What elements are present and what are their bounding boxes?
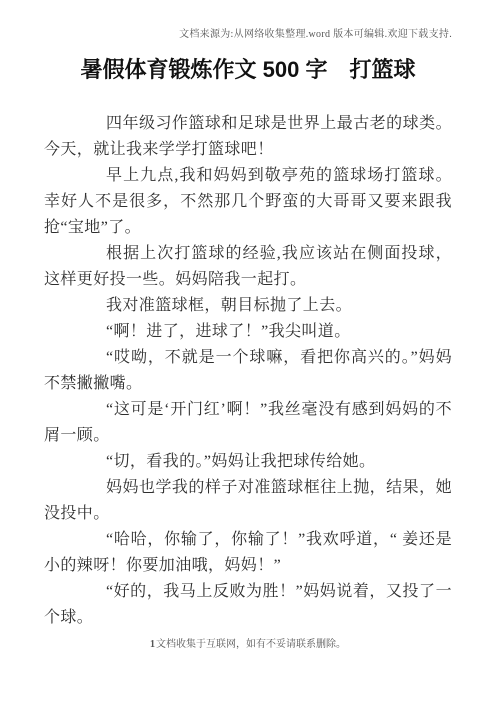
- essay-paragraph: 早上九点,我和妈妈到敬亭苑的篮球场打篮球。幸好人不是很多，不然那几个野蛮的大哥哥…: [44, 163, 452, 241]
- footnote-page-number: 1: [150, 639, 155, 650]
- essay-body: 四年级习作篮球和足球是世界上最古老的球类。今天，就让我来学学打篮球吧！早上九点,…: [44, 111, 452, 631]
- essay-paragraph: “哎呦，不就是一个球嘛，看把你高兴的。”妈妈不禁撇撇嘴。: [44, 345, 452, 397]
- footnote-text: 文档收集于互联网，如有不妥请联系删除。: [156, 639, 346, 650]
- essay-paragraph: 根据上次打篮球的经验,我应该站在侧面投球，这样更好投一些。妈妈陪我一起打。: [44, 241, 452, 293]
- essay-paragraph: 妈妈也学我的样子对准篮球框往上抛，结果，她没投中。: [44, 475, 452, 527]
- essay-paragraph: 我对准篮球框，朝目标抛了上去。: [44, 293, 452, 319]
- document-header-note: 文档来源为:从网络收集整理.word 版本可编辑.欢迎下载支持.: [44, 28, 452, 41]
- essay-paragraph: “好的，我马上反败为胜！”妈妈说着，又投了一个球。: [44, 579, 452, 631]
- essay-paragraph: “这可是‘开门红’啊！”我丝毫没有感到妈妈的不屑一顾。: [44, 397, 452, 449]
- essay-paragraph: 四年级习作篮球和足球是世界上最古老的球类。今天，就让我来学学打篮球吧！: [44, 111, 452, 163]
- essay-paragraph: “切，看我的。”妈妈让我把球传给她。: [44, 449, 452, 475]
- essay-paragraph: “哈哈，你输了，你输了！”我欢呼道，“ 姜还是小的辣呀！你要加油哦，妈妈！”: [44, 527, 452, 579]
- document-page: 文档来源为:从网络收集整理.word 版本可编辑.欢迎下载支持. 暑假体育锻炼作…: [0, 0, 496, 702]
- essay-paragraph: “啊！进了，进球了！”我尖叫道。: [44, 319, 452, 345]
- page-footer: 1文档收集于互联网，如有不妥请联系删除。: [44, 638, 452, 651]
- document-title: 暑假体育锻炼作文 500 字 打篮球: [44, 55, 452, 85]
